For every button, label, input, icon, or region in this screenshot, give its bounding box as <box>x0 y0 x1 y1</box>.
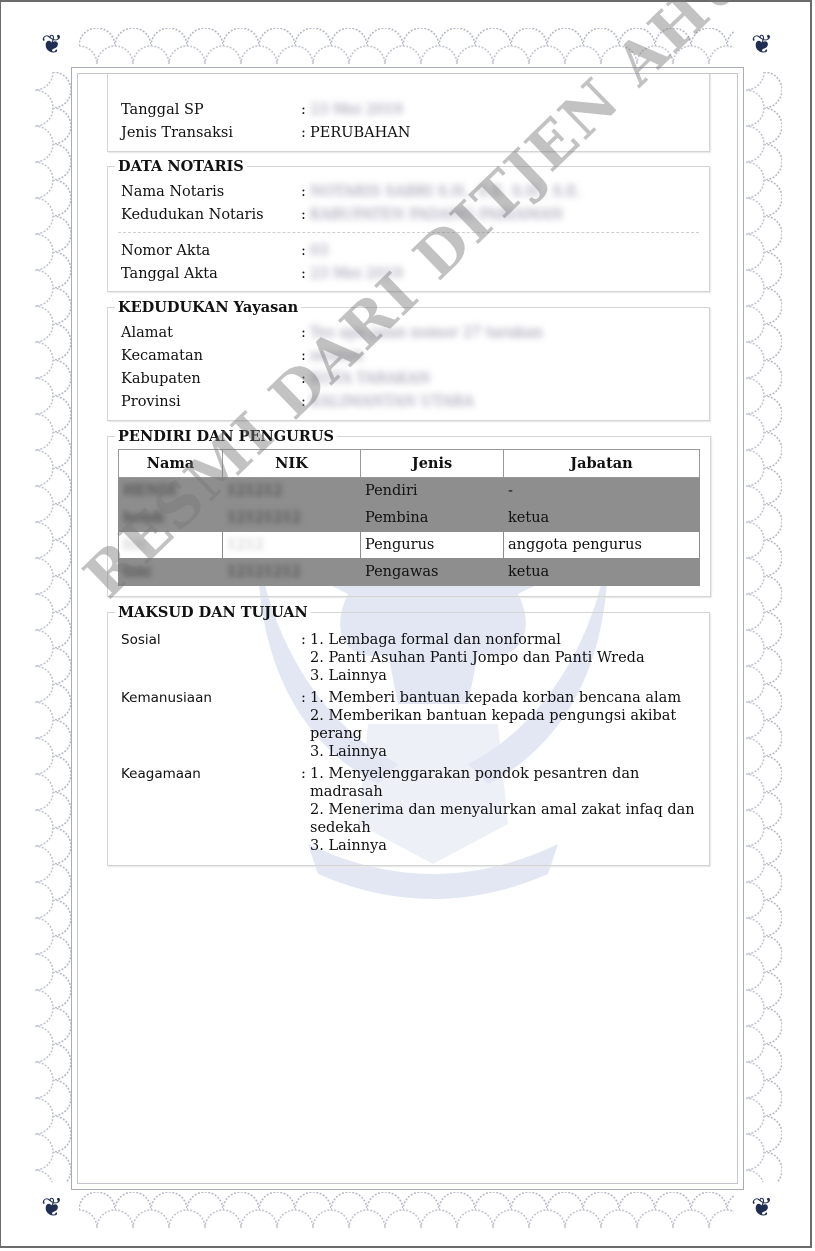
field-value-redacted: 23 Mei 2019 <box>310 263 709 286</box>
column-header: Nama <box>119 450 223 478</box>
dashed-divider <box>118 232 699 233</box>
cell-jenis: Pendiri <box>361 478 504 505</box>
section-title: PENDIRI DAN PENGURUS <box>115 428 337 445</box>
purpose-items: 1. Menyelenggarakan pondok pesantren dan… <box>310 765 709 855</box>
section-maksud-tujuan: MAKSUD DAN TUJUAN Sosial : 1. Lembaga fo… <box>107 604 710 866</box>
cell-nik: 1212 <box>223 532 361 559</box>
cell-nik: 12121212 <box>223 505 361 532</box>
decorative-border-right <box>746 72 782 1182</box>
section-title: MAKSUD DAN TUJUAN <box>115 604 311 621</box>
decorative-border-bottom <box>79 1192 734 1228</box>
cell-nama: hm <box>119 532 223 559</box>
purpose-group-kemanusiaan: Kemanusiaan : 1. Memberi bantuan kepada … <box>108 689 709 761</box>
document-content: Tanggal SP : 23 Mei 2019 Jenis Transaksi… <box>107 74 710 866</box>
fleur-ornament-icon: ❦ <box>39 1195 65 1221</box>
cell-nama: hendi <box>119 505 223 532</box>
field-tanggal-akta: Tanggal Akta : 23 Mei 2019 <box>108 263 709 286</box>
field-value: PERUBAHAN <box>310 122 709 145</box>
field-jenis-transaksi: Jenis Transaksi : PERUBAHAN <box>108 122 709 145</box>
field-value-redacted: 03 <box>310 240 709 263</box>
list-item: 2. Panti Asuhan Panti Jompo dan Panti Wr… <box>310 649 697 667</box>
cell-nama: HENDI <box>119 478 223 505</box>
table-row: hm 1212 Pengurus anggota pengurus <box>119 532 700 559</box>
field-value-redacted: KALIMANTAN UTARA <box>310 391 709 414</box>
list-item: 1. Lembaga formal dan nonformal <box>310 631 697 649</box>
field-value-redacted: selatan <box>310 345 709 368</box>
field-nomor-akta: Nomor Akta : 03 <box>108 240 709 263</box>
field-value-redacted: KOTA TARAKAN <box>310 368 709 391</box>
field-kedudukan-notaris: Kedudukan Notaris : KABUPATEN PADANG PAR… <box>108 204 709 227</box>
purpose-items: 1. Memberi bantuan kepada korban bencana… <box>310 689 709 761</box>
section-pendiri-pengurus: PENDIRI DAN PENGURUS Nama NIK Jenis Jaba… <box>107 428 711 597</box>
purpose-items: 1. Lembaga formal dan nonformal 2. Panti… <box>310 631 709 685</box>
cell-nama: hmi <box>119 559 223 586</box>
cell-jenis: Pengawas <box>361 559 504 586</box>
list-item: 3. Lainnya <box>310 837 697 855</box>
field-value-redacted: Tes apa jalan nomor 27 tarakan <box>310 322 709 345</box>
pendiri-table: Nama NIK Jenis Jabatan HENDI 121212 Pend… <box>118 449 700 586</box>
column-header: Jabatan <box>504 450 700 478</box>
decorative-border-left <box>35 72 71 1182</box>
field-provinsi: Provinsi : KALIMANTAN UTARA <box>108 391 709 414</box>
purpose-label: Sosial <box>108 631 301 685</box>
cell-jabatan: - <box>504 478 700 505</box>
cell-jabatan: ketua <box>504 505 700 532</box>
section-kedudukan: KEDUDUKAN Yayasan Alamat : Tes apa jalan… <box>107 299 710 421</box>
list-item: 1. Menyelenggarakan pondok pesantren dan… <box>310 765 697 801</box>
section-title: KEDUDUKAN Yayasan <box>115 299 301 316</box>
field-label: Tanggal SP <box>108 99 301 122</box>
field-value-redacted: KABUPATEN PADANG PARIAMAN <box>310 204 709 227</box>
list-item: 2. Memberikan bantuan kepada pengungsi a… <box>310 707 697 743</box>
field-value-redacted: 23 Mei 2019 <box>310 99 709 122</box>
purpose-label: Kemanusiaan <box>108 689 301 761</box>
table-row: hendi 12121212 Pembina ketua <box>119 505 700 532</box>
field-value-redacted: NOTARIS SABRI S.H., S.E. S.H., S.E. <box>310 181 709 204</box>
field-tanggal-sp: Tanggal SP : 23 Mei 2019 <box>108 99 709 122</box>
section-data-notaris: DATA NOTARIS Nama Notaris : NOTARIS SABR… <box>107 158 710 292</box>
table-header-row: Nama NIK Jenis Jabatan <box>119 450 700 478</box>
document-frame: Tanggal SP : 23 Mei 2019 Jenis Transaksi… <box>77 73 738 1184</box>
field-nama-notaris: Nama Notaris : NOTARIS SABRI S.H., S.E. … <box>108 181 709 204</box>
field-kecamatan: Kecamatan : selatan <box>108 345 709 368</box>
column-header: Jenis <box>361 450 504 478</box>
fleur-ornament-icon: ❦ <box>749 1195 775 1221</box>
list-item: 3. Lainnya <box>310 743 697 761</box>
column-header: NIK <box>223 450 361 478</box>
cell-nik: 121212 <box>223 478 361 505</box>
document-page: ❦ ❦ ❦ ❦ Tanggal SP : 23 Mei 2019 Jen <box>0 0 812 1248</box>
field-alamat: Alamat : Tes apa jalan nomor 27 tarakan <box>108 322 709 345</box>
table-row: hmi 12121212 Pengawas ketua <box>119 559 700 586</box>
list-item: 1. Memberi bantuan kepada korban bencana… <box>310 689 697 707</box>
table-row: HENDI 121212 Pendiri - <box>119 478 700 505</box>
list-item: 2. Menerima dan menyalurkan amal zakat i… <box>310 801 697 837</box>
cell-nik: 12121212 <box>223 559 361 586</box>
list-item: 3. Lainnya <box>310 667 697 685</box>
section-title: DATA NOTARIS <box>115 158 247 175</box>
purpose-group-keagamaan: Keagamaan : 1. Menyelenggarakan pondok p… <box>108 765 709 855</box>
cell-jabatan: anggota pengurus <box>504 532 700 559</box>
section-transaction: Tanggal SP : 23 Mei 2019 Jenis Transaksi… <box>107 73 710 152</box>
cell-jenis: Pengurus <box>361 532 504 559</box>
decorative-border-top <box>79 28 734 64</box>
cell-jabatan: ketua <box>504 559 700 586</box>
purpose-label: Keagamaan <box>108 765 301 855</box>
fleur-ornament-icon: ❦ <box>749 32 775 58</box>
cell-jenis: Pembina <box>361 505 504 532</box>
field-kabupaten: Kabupaten : KOTA TARAKAN <box>108 368 709 391</box>
purpose-group-sosial: Sosial : 1. Lembaga formal dan nonformal… <box>108 631 709 685</box>
fleur-ornament-icon: ❦ <box>39 32 65 58</box>
field-label: Jenis Transaksi <box>108 122 301 145</box>
